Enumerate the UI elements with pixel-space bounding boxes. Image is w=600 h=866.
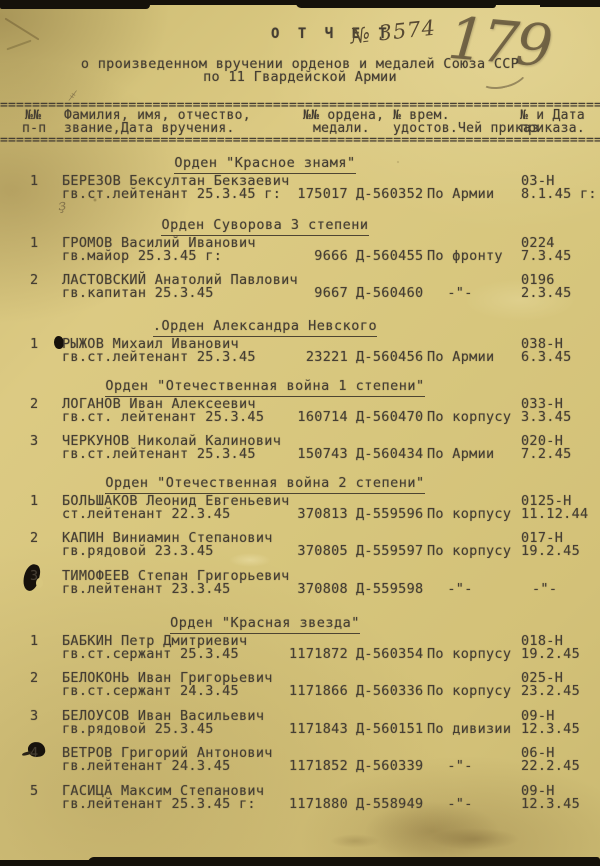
prikaz-date: 19.2.45 bbox=[521, 648, 580, 661]
temp-certificate-number: Д-560460 bbox=[356, 287, 423, 300]
rank-and-issue-date: гв.лейтенант 24.3.45 bbox=[62, 760, 231, 773]
award-row: 1 ГРОМОВ Василий Иванович 0224 гв.майор … bbox=[0, 237, 600, 274]
section-title: .Орден Александра Невского bbox=[153, 318, 377, 337]
row-number: 5 bbox=[30, 785, 38, 798]
row-number: 2 bbox=[30, 398, 38, 411]
temp-certificate-number: Д-560339 bbox=[356, 760, 423, 773]
section-title-wrap: Орден "Красная звезда" bbox=[0, 612, 530, 634]
issuing-authority: По фронту bbox=[427, 250, 519, 263]
section-title-wrap: Орден "Отечественная война 2 степени" bbox=[0, 472, 530, 494]
section-title: Орден "Отечественная война 1 степени" bbox=[105, 378, 424, 397]
temp-certificate-number: Д-560470 bbox=[356, 411, 423, 424]
prikaz-date: 22.2.45 bbox=[521, 760, 580, 773]
report-subtitle-line2: по 11 Гвардейской Армии bbox=[0, 71, 600, 84]
order-medal-number: 9666 bbox=[288, 250, 348, 263]
rank-and-issue-date: гв.ст.сержант 25.3.45 bbox=[62, 648, 239, 661]
prikaz-date: 8.1.45 г: bbox=[521, 188, 597, 201]
rank-and-issue-date: гв.рядовой 25.3.45 bbox=[62, 723, 214, 736]
temp-certificate-number: Д-559596 bbox=[356, 508, 423, 521]
order-medal-number: 1171872 bbox=[288, 648, 348, 661]
issuing-authority: По Армии bbox=[427, 351, 519, 364]
prikaz-date: 2.3.45 bbox=[521, 287, 572, 300]
paper-stain bbox=[330, 834, 380, 848]
award-row: 1 БЕРЕЗОВ Бексултан Бекзаевич 03-Н гв.ст… bbox=[0, 175, 600, 212]
award-row: 1 БОЛЬШАКОВ Леонид Евгеньевич 0125-Н ст.… bbox=[0, 495, 600, 532]
prikaz-date: 23.2.45 bbox=[521, 685, 580, 698]
separator-line: ========================================… bbox=[0, 134, 600, 147]
row-number: 1 bbox=[30, 495, 38, 508]
row-number: 2 bbox=[30, 532, 38, 545]
order-medal-number: 160714 bbox=[288, 411, 348, 424]
row-number: 1 bbox=[30, 338, 38, 351]
order-medal-number: 1171880 bbox=[288, 798, 348, 811]
temp-certificate-number: Д-560455 bbox=[356, 250, 423, 263]
section-title: Орден "Красная звезда" bbox=[170, 615, 360, 634]
order-medal-number: 1171852 bbox=[288, 760, 348, 773]
prikaz-date: 6.3.45 bbox=[521, 351, 572, 364]
paper-crease bbox=[5, 18, 40, 41]
prikaz-date: 12.3.45 bbox=[521, 723, 580, 736]
issuing-authority: По Армии bbox=[427, 188, 519, 201]
section-title: Орден "Красное знамя" bbox=[174, 155, 355, 174]
rank-and-issue-date: гв.рядовой 23.3.45 bbox=[62, 545, 214, 558]
rank-and-issue-date: гв.лейтенант 25.3.45 г: bbox=[62, 798, 256, 811]
prikaz-date: 12.3.45 bbox=[521, 798, 580, 811]
section-title-wrap: Орден Суворова 3 степени bbox=[0, 214, 530, 236]
scan-edge-top-right bbox=[540, 0, 600, 7]
temp-certificate-number: Д-559598 bbox=[356, 583, 423, 596]
row-number: 3 bbox=[30, 710, 38, 723]
issuing-authority: -"- bbox=[420, 583, 500, 596]
issuing-authority: По корпусу bbox=[427, 648, 519, 661]
award-row: 3 ЧЕРКУНОВ Николай Калинович 020-Н гв.ст… bbox=[0, 435, 600, 472]
rank-and-issue-date: гв.ст. лейтенант 25.3.45 bbox=[62, 411, 264, 424]
order-medal-number: 370813 bbox=[288, 508, 348, 521]
prikaz-date: 7.2.45 bbox=[521, 448, 572, 461]
section-title-wrap: Орден "Красное знамя" bbox=[0, 152, 530, 174]
paper-crease bbox=[6, 40, 31, 51]
temp-certificate-number: Д-560456 bbox=[356, 351, 423, 364]
prikaz-date: 3.3.45 bbox=[521, 411, 572, 424]
issuing-authority: -"- bbox=[420, 760, 500, 773]
temp-certificate-number: Д-560434 bbox=[356, 448, 423, 461]
rank-and-issue-date: гв.майор 25.3.45 г: bbox=[62, 250, 222, 263]
rank-and-issue-date: гв.ст.сержант 24.3.45 bbox=[62, 685, 239, 698]
award-row: 2 БЕЛОКОНЬ Иван Григорьевич 025-Н гв.ст.… bbox=[0, 672, 600, 709]
order-medal-number: 175017 bbox=[288, 188, 348, 201]
award-row: 2 КАПИН Виниамин Степанович 017-Н гв.ряд… bbox=[0, 532, 600, 569]
order-medal-number: 23221 bbox=[288, 351, 348, 364]
award-row: 2 ЛОГАНОВ Иван Алексеевич 033-Н гв.ст. л… bbox=[0, 398, 600, 435]
row-number: 3 bbox=[30, 570, 38, 583]
rank-and-issue-date: гв.ст.лейтенант 25.3.45 г: bbox=[62, 188, 281, 201]
award-row: 2 ЛАСТОВСКИЙ Анатолий Павлович 0196 гв.к… bbox=[0, 274, 600, 311]
award-row: 3 БЕЛОУСОВ Иван Васильевич 09-Н гв.рядов… bbox=[0, 710, 600, 747]
row-number: 4 bbox=[30, 747, 38, 760]
award-row: 5 ГАСИЦА Максим Степанович 09-Н гв.лейте… bbox=[0, 785, 600, 822]
temp-certificate-number: Д-560151 bbox=[356, 723, 423, 736]
row-number: 1 bbox=[30, 175, 38, 188]
order-medal-number: 9667 bbox=[288, 287, 348, 300]
row-number: 1 bbox=[30, 635, 38, 648]
prikaz-date: 7.3.45 bbox=[521, 250, 572, 263]
order-medal-number: 370808 bbox=[288, 583, 348, 596]
rank-and-issue-date: гв.ст.лейтенант 25.3.45 bbox=[62, 351, 256, 364]
prikaz-date: -"- bbox=[532, 583, 557, 596]
scanned-report-page: ҂ ҙ О Т Ч Е Т № 3574 179 о произведенном… bbox=[0, 0, 600, 866]
row-number: 2 bbox=[30, 672, 38, 685]
prikaz-date: 11.12.44 bbox=[521, 508, 588, 521]
issuing-authority: По корпусу bbox=[427, 411, 519, 424]
issuing-authority: По корпусу bbox=[427, 685, 519, 698]
handwritten-report-number: № 3574 bbox=[349, 16, 437, 49]
order-medal-number: 370805 bbox=[288, 545, 348, 558]
temp-certificate-number: Д-560352 bbox=[356, 188, 423, 201]
temp-certificate-number: Д-560354 bbox=[356, 648, 423, 661]
section-title: Орден Суворова 3 степени bbox=[161, 217, 368, 236]
scan-edge-top-left bbox=[0, 0, 150, 9]
rank-and-issue-date: гв.лейтенант 23.3.45 bbox=[62, 583, 231, 596]
row-number: 3 bbox=[30, 435, 38, 448]
prikaz-date: 19.2.45 bbox=[521, 545, 580, 558]
section-title-wrap: .Орден Александра Невского bbox=[0, 315, 530, 337]
issuing-authority: По Армии bbox=[427, 448, 519, 461]
temp-certificate-number: Д-559597 bbox=[356, 545, 423, 558]
scan-edge-bottom-band bbox=[88, 857, 600, 866]
temp-certificate-number: Д-558949 bbox=[356, 798, 423, 811]
rank-and-issue-date: гв.ст.лейтенант 25.3.45 bbox=[62, 448, 256, 461]
issuing-authority: -"- bbox=[420, 798, 500, 811]
award-row: 3 ТИМОФЕЕВ Степан Григорьевич гв.лейтена… bbox=[0, 570, 600, 607]
rank-and-issue-date: ст.лейтенант 22.3.45 bbox=[62, 508, 231, 521]
award-row: 4 ВЕТРОВ Григорий Антонович 06-Н гв.лейт… bbox=[0, 747, 600, 784]
order-medal-number: 1171843 bbox=[288, 723, 348, 736]
order-medal-number: 150743 bbox=[288, 448, 348, 461]
paper-stain bbox=[430, 828, 520, 850]
issuing-authority: По дивизии bbox=[427, 723, 519, 736]
rank-and-issue-date: гв.капитан 25.3.45 bbox=[62, 287, 214, 300]
row-number: 1 bbox=[30, 237, 38, 250]
issuing-authority: По корпусу bbox=[427, 545, 519, 558]
section-title-wrap: Орден "Отечественная война 1 степени" bbox=[0, 375, 530, 397]
award-row: 1 РЫЖОВ Михаил Иванович 038-Н гв.ст.лейт… bbox=[0, 338, 600, 375]
issuing-authority: -"- bbox=[420, 287, 500, 300]
award-row: 1 БАБКИН Петр Дмитриевич 018-Н гв.ст.сер… bbox=[0, 635, 600, 672]
section-title: Орден "Отечественная война 2 степени" bbox=[105, 475, 424, 494]
order-medal-number: 1171866 bbox=[288, 685, 348, 698]
issuing-authority: По корпусу bbox=[427, 508, 519, 521]
temp-certificate-number: Д-560336 bbox=[356, 685, 423, 698]
row-number: 2 bbox=[30, 274, 38, 287]
